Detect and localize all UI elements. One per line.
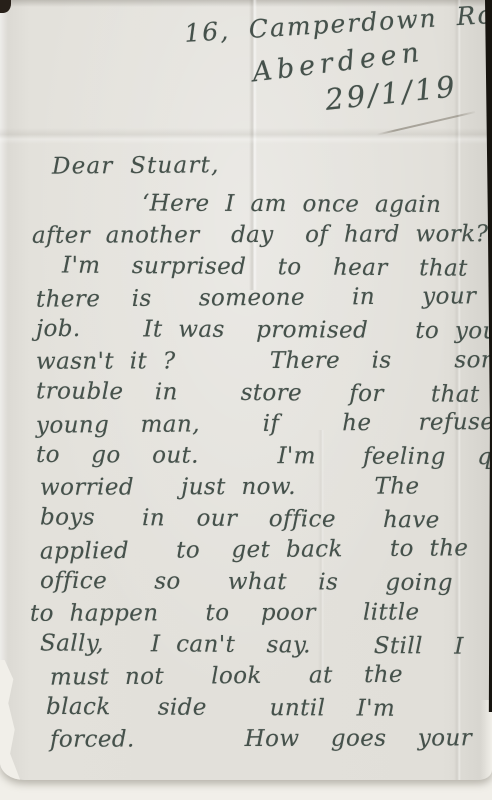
letter-line: to happen to poor little [30, 597, 476, 630]
letter-line: trouble in store for that [30, 376, 476, 411]
letter-line: wasn't it ? There is some [30, 345, 476, 378]
letter-line: I'm surprised to hear that [30, 250, 476, 285]
letter-body: Dear Stuart, ‘Here I am once again after… [30, 150, 476, 756]
letter-line: after another day of hard work?’ [30, 219, 476, 252]
torn-paper-edge [0, 660, 23, 780]
letter-line: young man, if he refuses [30, 407, 476, 442]
address-line-1: 16, Camperdown Road, [183, 0, 492, 48]
letter-line: job. It was promised to you [30, 313, 476, 347]
fold-crease-horizontal [0, 128, 492, 144]
scanned-letter: 16, Camperdown Road, Aberdeen 29/1/19 De… [0, 0, 492, 800]
paper-right-lower-edge [480, 700, 492, 780]
letter-line: Sally, I can't say. Still I [30, 628, 476, 663]
letter-line: applied to get back to the [30, 533, 476, 568]
letter-line: office so what is going [30, 565, 476, 599]
letter-line: worried just now. The [30, 471, 476, 504]
letter-line: must not look at the [30, 659, 476, 694]
pencil-stroke [377, 111, 476, 136]
letter-line: boys in our office have [30, 502, 476, 537]
salutation: Dear Stuart, [30, 148, 476, 183]
letter-line: there is someone in your [30, 281, 476, 316]
paper-sheet: 16, Camperdown Road, Aberdeen 29/1/19 De… [0, 0, 492, 780]
letter-line: black side until I'm [30, 691, 476, 725]
letter-line: to go out. I'm feeling quite [30, 439, 476, 473]
letter-line: forced. How goes your [30, 723, 476, 756]
letter-line: ‘Here I am once again [30, 187, 476, 221]
